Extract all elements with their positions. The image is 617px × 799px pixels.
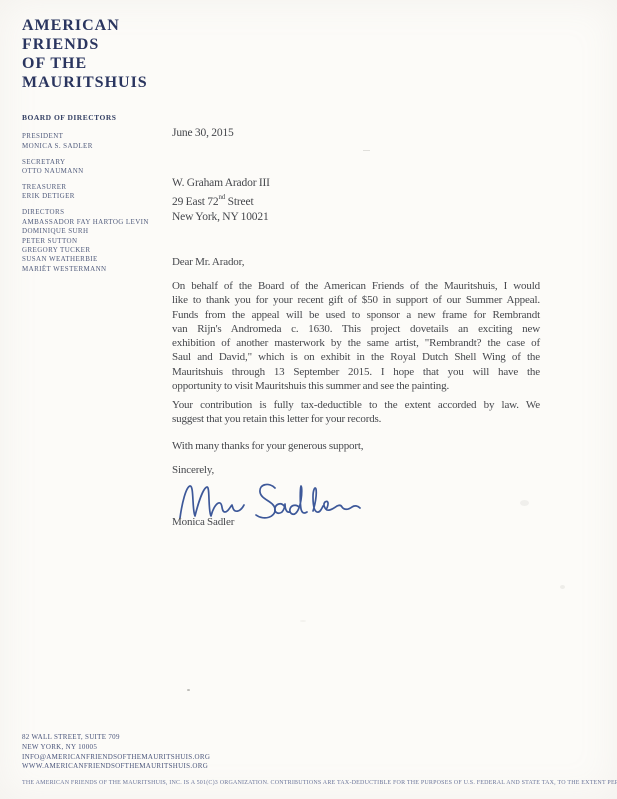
scan-speck (560, 585, 565, 589)
board-heading: BOARD OF DIRECTORS (22, 113, 167, 122)
thanks-line: With many thanks for your generous suppo… (172, 440, 363, 452)
footer-city: NEW YORK, NY 10005 (22, 743, 210, 753)
paragraph-line: exhibition of another masterwork by the … (172, 336, 540, 350)
board-role: SECRETARY (22, 158, 167, 167)
paragraph-line: suggest that you retain this letter for … (172, 412, 540, 426)
footer-email: INFO@AMERICANFRIENDSOFTHEMAURITSHUIS.ORG (22, 753, 210, 763)
tax-disclaimer: THE AMERICAN FRIENDS OF THE MAURITSHUIS,… (22, 780, 617, 786)
board-member-name: OTTO NAUMANN (22, 167, 167, 176)
street-number: 29 East 72 (172, 196, 218, 208)
recipient-name: W. Graham Arador III (172, 176, 270, 191)
scanned-letter-page: AMERICAN FRIENDS OF THE MAURITSHUIS BOAR… (0, 0, 617, 799)
footer-website: WWW.AMERICANFRIENDSOFTHEMAURITSHUIS.ORG (22, 762, 210, 772)
paragraph-line: Funds from the appeal will be used to sp… (172, 308, 540, 322)
board-member-name: MONICA S. SADLER (22, 142, 167, 151)
letter-date: June 30, 2015 (172, 127, 234, 139)
letterhead-line: MAURITSHUIS (22, 73, 148, 92)
salutation: Dear Mr. Arador, (172, 256, 244, 268)
board-group-treasurer: TREASURER ERIK DETIGER (22, 183, 167, 202)
letterhead: AMERICAN FRIENDS OF THE MAURITSHUIS (22, 16, 148, 92)
paragraph-1: On behalf of the Board of the American F… (172, 279, 540, 393)
board-role: TREASURER (22, 183, 167, 192)
paragraph-line: Mauritshuis through 13 September 2015. I… (172, 365, 540, 379)
ordinal-suffix: nd (218, 193, 225, 201)
typed-signature-name: Monica Sadler (172, 516, 234, 528)
board-group-president: PRESIDENT MONICA S. SADLER (22, 132, 167, 151)
board-member-name: SUSAN WEATHERBIE (22, 255, 167, 264)
scan-speck (363, 150, 370, 151)
street-name: Street (225, 196, 253, 208)
letterhead-line: FRIENDS (22, 35, 148, 54)
board-member-name: DOMINIQUE SURH (22, 227, 167, 236)
paragraph-line: van Rijn's Andromeda c. 1630. This proje… (172, 322, 540, 336)
paragraph-line: like to thank you for your recent gift o… (172, 293, 540, 307)
board-role: DIRECTORS (22, 208, 167, 217)
board-member-name: GREGORY TUCKER (22, 246, 167, 255)
board-of-directors-list: BOARD OF DIRECTORS PRESIDENT MONICA S. S… (22, 113, 167, 281)
paragraph-line: opportunity to visit Mauritshuis this su… (172, 379, 540, 393)
footer-street: 82 WALL STREET, SUITE 709 (22, 733, 210, 743)
recipient-street: 29 East 72nd Street (172, 191, 270, 210)
board-role: PRESIDENT (22, 132, 167, 141)
board-member-name: ERIK DETIGER (22, 192, 167, 201)
letter-body: June 30, 2015 W. Graham Arador III 29 Ea… (172, 0, 540, 799)
board-group-directors: DIRECTORS AMBASSADOR FAY HARTOG LEVIN DO… (22, 208, 167, 274)
board-member-name: MARIËT WESTERMANN (22, 265, 167, 274)
scan-speck (520, 500, 529, 506)
letterhead-line: AMERICAN (22, 16, 148, 35)
paragraph-line: On behalf of the Board of the American F… (172, 279, 540, 293)
letterhead-line: OF THE (22, 54, 148, 73)
scan-speck (187, 689, 190, 691)
footer-address: 82 WALL STREET, SUITE 709 NEW YORK, NY 1… (22, 733, 210, 772)
paragraph-line: Saul and David," which is on exhibit in … (172, 350, 540, 364)
scan-speck (300, 620, 306, 622)
paragraph-2: Your contribution is fully tax-deductibl… (172, 398, 540, 427)
board-member-name: PETER SUTTON (22, 237, 167, 246)
recipient-address: W. Graham Arador III 29 East 72nd Street… (172, 176, 270, 225)
recipient-city: New York, NY 10021 (172, 210, 270, 225)
board-member-name: AMBASSADOR FAY HARTOG LEVIN (22, 218, 167, 227)
paragraph-line: Your contribution is fully tax-deductibl… (172, 398, 540, 412)
board-group-secretary: SECRETARY OTTO NAUMANN (22, 158, 167, 177)
